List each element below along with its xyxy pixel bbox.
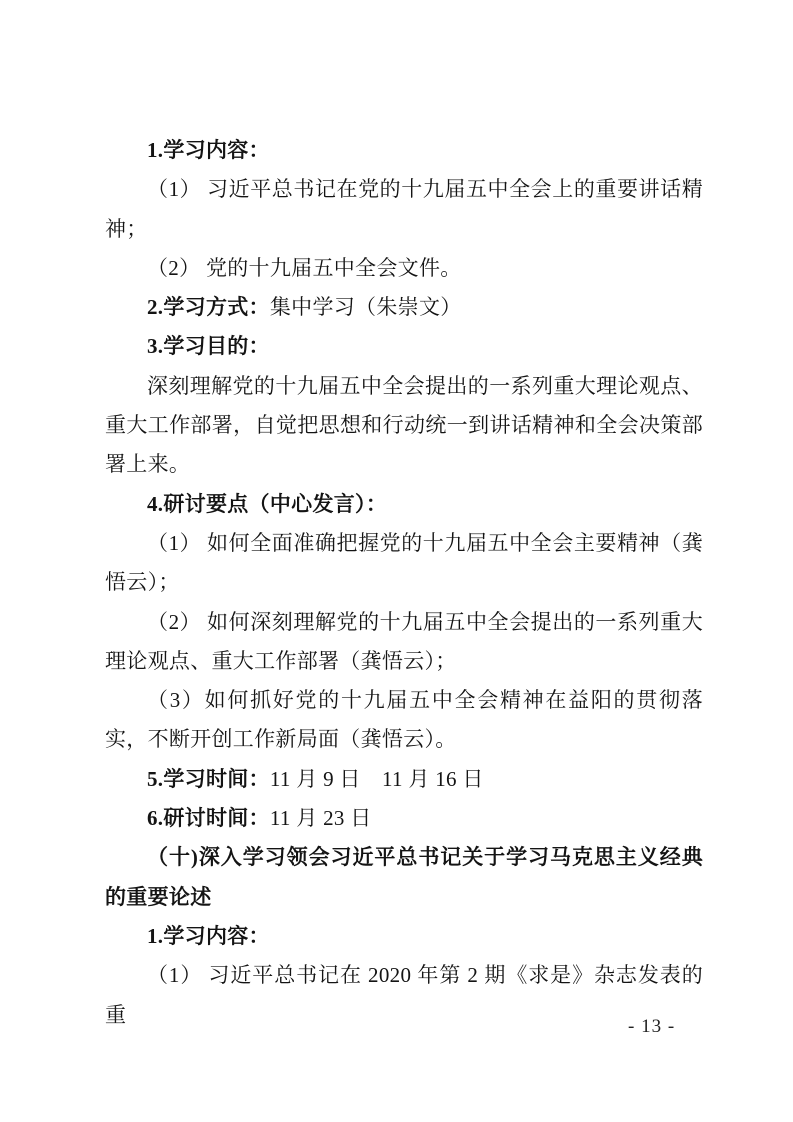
paragraph: 1.学习内容： (105, 917, 703, 956)
text-run: 集中学习（朱崇文） (270, 295, 462, 319)
document-page: 1.学习内容：（1） 习近平总书记在党的十九届五中全会上的重要讲话精神；（2） … (0, 0, 793, 1122)
paragraph: 5.学习时间：11 月 9 日 11 月 16 日 (105, 760, 703, 799)
heading-run: 5.学习时间： (147, 767, 270, 791)
text-run: （1） 习近平总书记在党的十九届五中全会上的重要讲话精神； (105, 177, 703, 240)
text-run: （3）如何抓好党的十九届五中全会精神在益阳的贯彻落实，不断开创工作新局面（龚悟云… (105, 688, 703, 751)
text-run: （1） 如何全面准确把握党的十九届五中全会主要精神（龚悟云）； (105, 531, 703, 594)
paragraph: （2） 党的十九届五中全会文件。 (105, 249, 703, 288)
paragraph: 1.学习内容： (105, 131, 703, 170)
heading-run: 4.研讨要点（中心发言）： (147, 492, 387, 516)
paragraph: （1） 习近平总书记在 2020 年第 2 期《求是》杂志发表的重 (105, 956, 703, 1035)
heading-run: 2.学习方式： (147, 295, 270, 319)
heading-run: 1.学习内容： (147, 924, 270, 948)
paragraph: （1） 如何全面准确把握党的十九届五中全会主要精神（龚悟云）； (105, 524, 703, 603)
text-run: 深刻理解党的十九届五中全会提出的一系列重大理论观点、重大工作部署，自觉把思想和行… (105, 374, 703, 477)
heading-run: 3.学习目的： (147, 334, 270, 358)
paragraph: 6.研讨时间：11 月 23 日 (105, 799, 703, 838)
paragraph: 4.研讨要点（中心发言）： (105, 485, 703, 524)
paragraph: （十)深入学习领会习近平总书记关于学习马克思主义经典的重要论述 (105, 838, 703, 917)
document-body: 1.学习内容：（1） 习近平总书记在党的十九届五中全会上的重要讲话精神；（2） … (105, 131, 703, 1035)
paragraph: 深刻理解党的十九届五中全会提出的一系列重大理论观点、重大工作部署，自觉把思想和行… (105, 367, 703, 485)
page-number: - 13 - (628, 1016, 718, 1038)
heading-run: （十)深入学习领会习近平总书记关于学习马克思主义经典的重要论述 (105, 845, 703, 908)
paragraph: 3.学习目的： (105, 327, 703, 366)
paragraph: （3）如何抓好党的十九届五中全会精神在益阳的贯彻落实，不断开创工作新局面（龚悟云… (105, 681, 703, 760)
paragraph: （1） 习近平总书记在党的十九届五中全会上的重要讲话精神； (105, 170, 703, 249)
text-run: （2） 如何深刻理解党的十九届五中全会提出的一系列重大理论观点、重大工作部署（龚… (105, 610, 703, 673)
paragraph: 2.学习方式：集中学习（朱崇文） (105, 288, 703, 327)
heading-run: 1.学习内容： (147, 138, 270, 162)
paragraph: （2） 如何深刻理解党的十九届五中全会提出的一系列重大理论观点、重大工作部署（龚… (105, 603, 703, 682)
text-run: 11 月 9 日 11 月 16 日 (270, 767, 484, 791)
text-run: 11 月 23 日 (270, 806, 372, 830)
heading-run: 6.研讨时间： (147, 806, 270, 830)
text-run: （1） 习近平总书记在 2020 年第 2 期《求是》杂志发表的重 (105, 963, 703, 1026)
text-run: （2） 党的十九届五中全会文件。 (147, 256, 462, 280)
